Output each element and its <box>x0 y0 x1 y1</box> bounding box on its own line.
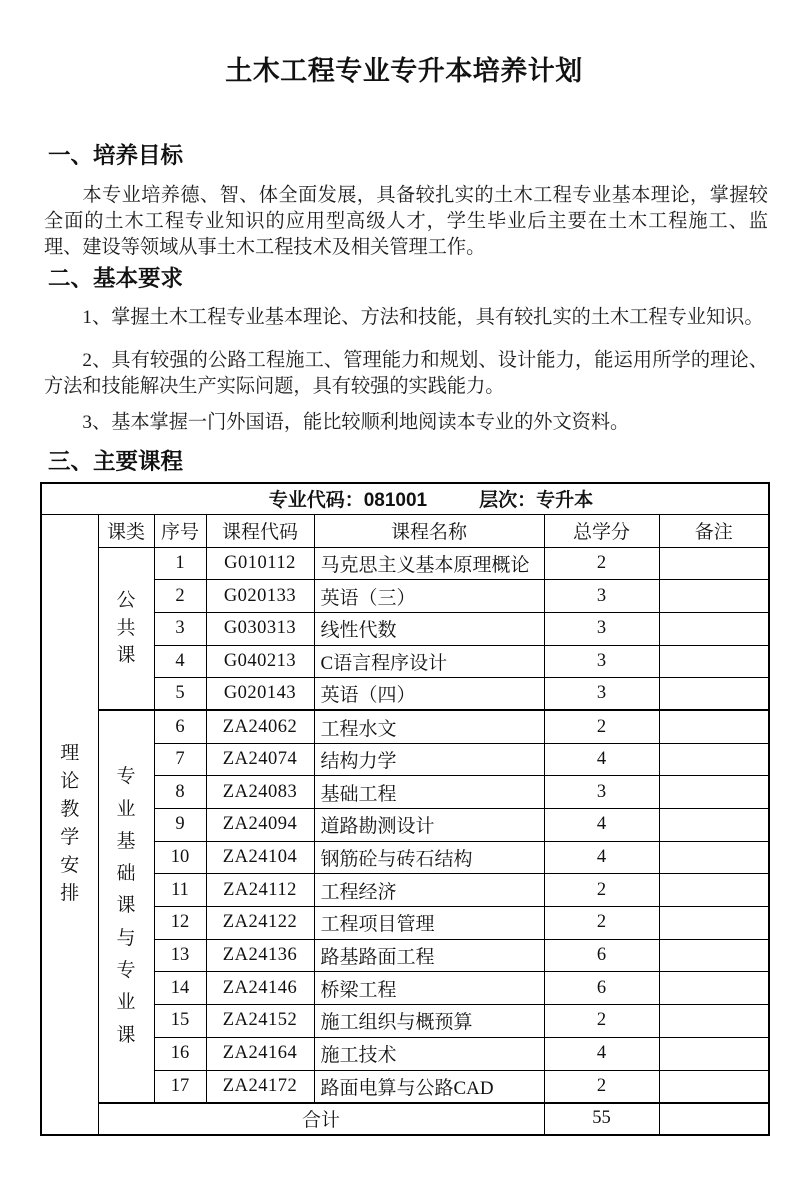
course-credits-cell: 2 <box>544 874 659 907</box>
requirement-item-3: 3、基本掌握一门外国语，能比较顺利地阅读本专业的外文资料。 <box>44 410 768 436</box>
major-code-text: 专业代码：081001 <box>217 485 474 512</box>
course-group-label: 公共课 <box>116 587 137 671</box>
course-note-cell <box>659 1070 769 1103</box>
course-name-cell: 英语（三） <box>314 580 544 613</box>
course-no-cell: 8 <box>154 776 206 809</box>
course-code-cell: G020133 <box>206 580 314 613</box>
course-code-cell: ZA24074 <box>206 743 314 776</box>
course-note-cell <box>659 645 769 678</box>
table-header-row: 理论教学安排 课类 序号 课程代码 课程名称 总学分 备注 <box>41 514 769 547</box>
course-credits-cell: 2 <box>544 710 659 743</box>
row-group-cell: 理论教学安排 <box>41 514 98 1135</box>
course-name-cell: 道路勘测设计 <box>314 809 544 842</box>
course-credits-cell: 6 <box>544 939 659 972</box>
course-name-cell: 钢筋砼与砖石结构 <box>314 841 544 874</box>
course-credits-cell: 2 <box>544 1070 659 1103</box>
course-note-cell <box>659 710 769 743</box>
course-name-cell: 结构力学 <box>314 743 544 776</box>
table-meta-cell: 专业代码：081001 层次：专升本 <box>41 483 769 514</box>
course-note-cell <box>659 547 769 580</box>
table-meta-row: 专业代码：081001 层次：专升本 <box>41 483 769 514</box>
course-credits-cell: 4 <box>544 743 659 776</box>
course-no-cell: 9 <box>154 809 206 842</box>
section-heading-goals: 一、培养目标 <box>48 142 768 170</box>
course-note-cell <box>659 743 769 776</box>
course-code-cell: ZA24152 <box>206 1005 314 1038</box>
column-header-name: 课程名称 <box>314 514 544 547</box>
course-note-cell <box>659 612 769 645</box>
course-credits-cell: 6 <box>544 972 659 1005</box>
total-credits-cell: 55 <box>544 1103 659 1135</box>
course-no-cell: 2 <box>154 580 206 613</box>
column-header-code: 课程代码 <box>206 514 314 547</box>
course-code-cell: ZA24122 <box>206 907 314 940</box>
course-table: 专业代码：081001 层次：专升本 理论教学安排 课类 序号 课程代码 课程名… <box>40 482 770 1136</box>
course-name-cell: 施工技术 <box>314 1037 544 1070</box>
course-no-cell: 11 <box>154 874 206 907</box>
section-heading-requirements: 二、基本要求 <box>48 265 768 293</box>
course-no-cell: 4 <box>154 645 206 678</box>
course-credits-cell: 2 <box>544 907 659 940</box>
table-total-row: 合计 55 <box>41 1103 769 1135</box>
course-credits-cell: 3 <box>544 580 659 613</box>
course-group-cell: 专业基础课与专业课 <box>98 710 154 1102</box>
course-name-cell: 马克思主义基本原理概论 <box>314 547 544 580</box>
course-code-cell: G020143 <box>206 678 314 711</box>
course-credits-cell: 3 <box>544 776 659 809</box>
goals-paragraph: 本专业培养德、智、体全面发展，具备较扎实的土木工程专业基本理论，掌握较全面的土木… <box>44 183 768 261</box>
course-note-cell <box>659 907 769 940</box>
course-credits-cell: 3 <box>544 678 659 711</box>
course-credits-cell: 2 <box>544 1005 659 1038</box>
course-code-cell: ZA24136 <box>206 939 314 972</box>
course-no-cell: 5 <box>154 678 206 711</box>
course-no-cell: 17 <box>154 1070 206 1103</box>
row-group-label: 理论教学安排 <box>59 740 80 908</box>
course-note-cell <box>659 1005 769 1038</box>
course-name-cell: 线性代数 <box>314 612 544 645</box>
course-note-cell <box>659 972 769 1005</box>
course-credits-cell: 3 <box>544 645 659 678</box>
course-no-cell: 10 <box>154 841 206 874</box>
course-row: 专业基础课与专业课6ZA24062工程水文2 <box>41 710 769 743</box>
level-text: 层次：专升本 <box>479 485 593 512</box>
course-row: 公共课1G010112马克思主义基本原理概论2 <box>41 547 769 580</box>
course-code-cell: ZA24146 <box>206 972 314 1005</box>
course-note-cell <box>659 874 769 907</box>
course-note-cell <box>659 776 769 809</box>
course-name-cell: 工程经济 <box>314 874 544 907</box>
course-note-cell <box>659 580 769 613</box>
course-credits-cell: 4 <box>544 809 659 842</box>
course-code-cell: ZA24094 <box>206 809 314 842</box>
column-header-note: 备注 <box>659 514 769 547</box>
course-name-cell: 工程项目管理 <box>314 907 544 940</box>
course-credits-cell: 2 <box>544 547 659 580</box>
course-code-cell: G030313 <box>206 612 314 645</box>
course-no-cell: 6 <box>154 710 206 743</box>
course-name-cell: 桥梁工程 <box>314 972 544 1005</box>
course-group-cell: 公共课 <box>98 547 154 710</box>
course-note-cell <box>659 1037 769 1070</box>
column-header-no: 序号 <box>154 514 206 547</box>
column-header-credits: 总学分 <box>544 514 659 547</box>
course-name-cell: C语言程序设计 <box>314 645 544 678</box>
course-code-cell: G040213 <box>206 645 314 678</box>
course-code-cell: G010112 <box>206 547 314 580</box>
course-code-cell: ZA24083 <box>206 776 314 809</box>
course-no-cell: 3 <box>154 612 206 645</box>
document-page: 土木工程专业专升本培养计划 一、培养目标 本专业培养德、智、体全面发展，具备较扎… <box>40 54 768 1136</box>
course-code-cell: ZA24062 <box>206 710 314 743</box>
course-credits-cell: 4 <box>544 841 659 874</box>
course-no-cell: 15 <box>154 1005 206 1038</box>
course-credits-cell: 3 <box>544 612 659 645</box>
course-name-cell: 工程水文 <box>314 710 544 743</box>
course-no-cell: 14 <box>154 972 206 1005</box>
course-name-cell: 英语（四） <box>314 678 544 711</box>
section-heading-courses: 三、主要课程 <box>48 448 768 476</box>
course-name-cell: 路基路面工程 <box>314 939 544 972</box>
course-group-label: 专业基础课与专业课 <box>116 761 137 1052</box>
course-name-cell: 施工组织与概预算 <box>314 1005 544 1038</box>
course-no-cell: 12 <box>154 907 206 940</box>
page-title: 土木工程专业专升本培养计划 <box>40 54 768 88</box>
course-code-cell: ZA24112 <box>206 874 314 907</box>
course-no-cell: 13 <box>154 939 206 972</box>
course-name-cell: 路面电算与公路CAD <box>314 1070 544 1103</box>
course-no-cell: 1 <box>154 547 206 580</box>
course-code-cell: ZA24104 <box>206 841 314 874</box>
requirement-item-2: 2、具有较强的公路工程施工、管理能力和规划、设计能力，能运用所学的理论、方法和技… <box>44 348 768 400</box>
total-note-cell <box>659 1103 769 1135</box>
total-label-cell: 合计 <box>98 1103 544 1135</box>
course-code-cell: ZA24172 <box>206 1070 314 1103</box>
course-note-cell <box>659 939 769 972</box>
course-no-cell: 7 <box>154 743 206 776</box>
course-code-cell: ZA24164 <box>206 1037 314 1070</box>
requirement-item-1: 1、掌握土木工程专业基本理论、方法和技能，具有较扎实的土木工程专业知识。 <box>44 305 768 331</box>
course-no-cell: 16 <box>154 1037 206 1070</box>
column-header-class: 课类 <box>98 514 154 547</box>
course-note-cell <box>659 841 769 874</box>
course-name-cell: 基础工程 <box>314 776 544 809</box>
course-note-cell <box>659 809 769 842</box>
course-note-cell <box>659 678 769 711</box>
course-credits-cell: 4 <box>544 1037 659 1070</box>
